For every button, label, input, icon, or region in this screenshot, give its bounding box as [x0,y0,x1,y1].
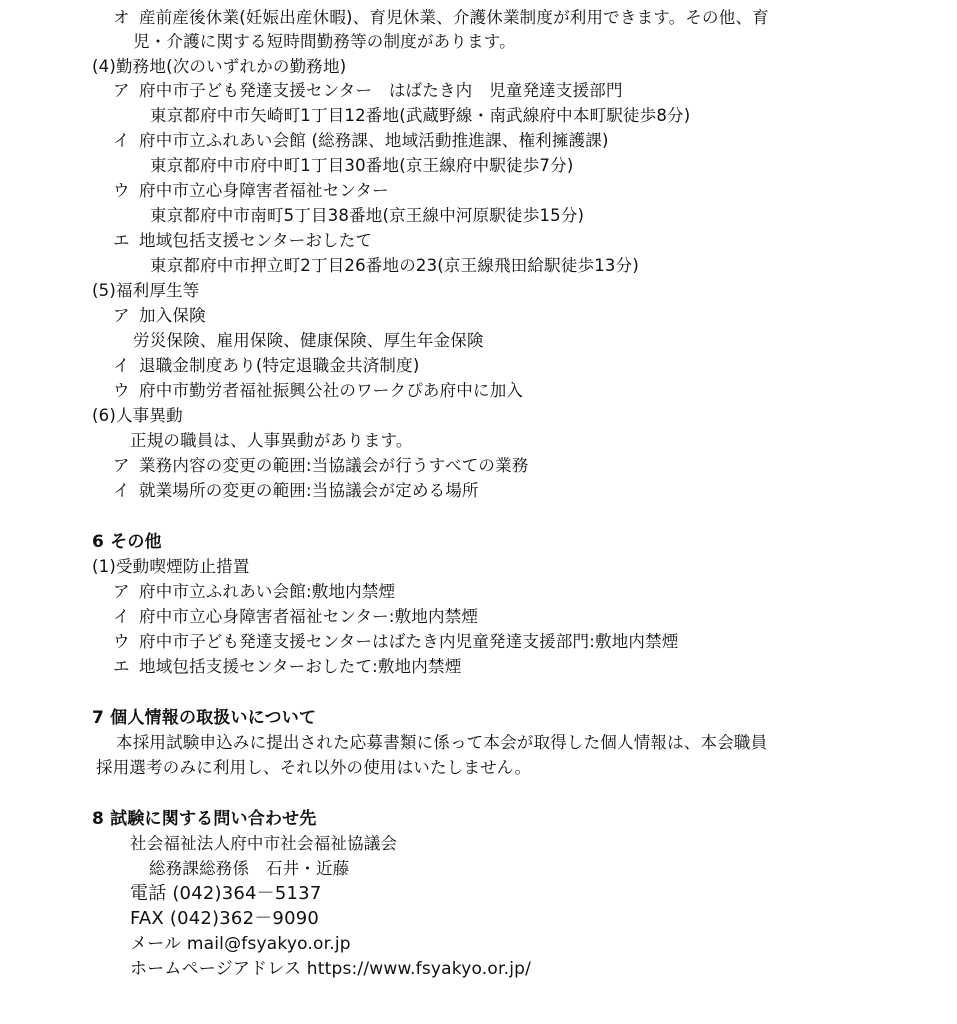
transfer-item: イ就業場所の変更の範囲:当協議会が定める場所 [113,479,479,503]
workplace-heading: (4)勤務地(次のいずれかの勤務地) [92,55,346,79]
smoking-text: 府中市子ども発達支援センターはばたき内児童発達支援部門:敷地内禁煙 [139,632,679,651]
welfare-item: ア加入保険 [113,304,206,328]
welfare-item: イ退職金制度あり(特定退職金共済制度) [113,354,419,378]
workplace-item: ウ府中市立心身障害者福祉センター [113,179,389,203]
item-mark: ウ [113,379,139,403]
transfer-heading: (6)人事異動 [92,404,183,428]
item-mark: イ [113,479,139,503]
section6-subheading: (1)受動喫煙防止措置 [92,555,250,579]
item-mark: ウ [113,179,139,203]
privacy-text-line1: 本採用試験申込みに提出された応募書類に係って本会が取得した個人情報は、本会職員 [116,731,767,755]
workplace-item: ア府中市子ども発達支援センター はばたき内 児童発達支援部門 [113,79,623,103]
welfare-text: 府中市勤労者福祉振興公社のワークぴあ府中に加入 [139,381,523,400]
item-mark: ア [113,304,139,328]
item-mark: ア [113,454,139,478]
workplace-address: 東京都府中市南町5丁目38番地(京王線中河原駅徒歩15分) [150,204,584,228]
item-mark: ア [113,580,139,604]
leave-item: オ産前産後休業(妊娠出産休暇)、育児休業、介護休業制度が利用できます。その他、育 [113,6,769,30]
item-mark: ウ [113,630,139,654]
transfer-text: 業務内容の変更の範囲:当協議会が行うすべての業務 [139,456,529,475]
section8-heading: 8 試験に関する問い合わせ先 [92,807,317,831]
workplace-address: 東京都府中市府中町1丁目30番地(京王線府中駅徒歩7分) [150,154,573,178]
welfare-item: ウ府中市勤労者福祉振興公社のワークぴあ府中に加入 [113,379,523,403]
smoking-item: ウ府中市子ども発達支援センターはばたき内児童発達支援部門:敷地内禁煙 [113,630,679,654]
item-mark: オ [113,6,139,30]
workplace-item: イ府中市立ふれあい会館 (総務課、地域活動推進課、権利擁護課) [113,129,609,153]
smoking-item: エ地域包括支援センターおしたて:敷地内禁煙 [113,655,461,679]
welfare-text: 退職金制度あり(特定退職金共済制度) [139,356,419,375]
transfer-intro: 正規の職員は、人事異動があります。 [130,429,413,453]
contact-phone: 電話 (042)364－5137 [130,882,322,906]
smoking-text: 府中市立ふれあい会館:敷地内禁煙 [139,582,395,601]
transfer-item: ア業務内容の変更の範囲:当協議会が行うすべての業務 [113,454,529,478]
workplace-name: 府中市立心身障害者福祉センター [139,181,389,200]
welfare-detail: 労災保険、雇用保険、健康保険、厚生年金保険 [133,329,484,353]
welfare-heading: (5)福利厚生等 [92,279,199,303]
workplace-name: 府中市立ふれあい会館 (総務課、地域活動推進課、権利擁護課) [139,131,609,150]
section6-heading: 6 その他 [92,530,162,554]
item-mark: イ [113,354,139,378]
contact-fax: FAX (042)362－9090 [130,907,319,931]
item-mark: エ [113,655,139,679]
transfer-text: 就業場所の変更の範囲:当協議会が定める場所 [139,481,479,500]
contact-org: 社会福祉法人府中市社会福祉協議会 [130,832,397,856]
item-mark: エ [113,229,139,253]
workplace-address: 東京都府中市矢崎町1丁目12番地(武蔵野線・南武線府中本町駅徒歩8分) [150,104,690,128]
privacy-text-line2: 採用選考のみに利用し、それ以外の使用はいたしません。 [96,756,531,780]
leave-text: 産前産後休業(妊娠出産休暇)、育児休業、介護休業制度が利用できます。その他、育 [139,8,769,27]
contact-email[interactable]: メール mail@fsyakyo.or.jp [130,932,351,956]
smoking-text: 府中市立心身障害者福祉センター:敷地内禁煙 [139,607,478,626]
workplace-item: エ地域包括支援センターおしたて [113,229,372,253]
item-mark: イ [113,605,139,629]
section7-heading: 7 個人情報の取扱いについて [92,706,316,730]
contact-dept: 総務課総務係 石井・近藤 [149,857,349,881]
item-mark: イ [113,129,139,153]
leave-text-cont: 児・介護に関する短時間勤務等の制度があります。 [133,30,516,54]
welfare-text: 加入保険 [139,306,206,325]
workplace-name: 地域包括支援センターおしたて [139,231,372,250]
smoking-text: 地域包括支援センターおしたて:敷地内禁煙 [139,657,461,676]
smoking-item: イ府中市立心身障害者福祉センター:敷地内禁煙 [113,605,478,629]
item-mark: ア [113,79,139,103]
workplace-name: 府中市子ども発達支援センター はばたき内 児童発達支援部門 [139,81,623,100]
workplace-address: 東京都府中市押立町2丁目26番地の23(京王線飛田給駅徒歩13分) [150,254,639,278]
smoking-item: ア府中市立ふれあい会館:敷地内禁煙 [113,580,395,604]
contact-homepage[interactable]: ホームページアドレス https://www.fsyakyo.or.jp/ [130,957,531,981]
